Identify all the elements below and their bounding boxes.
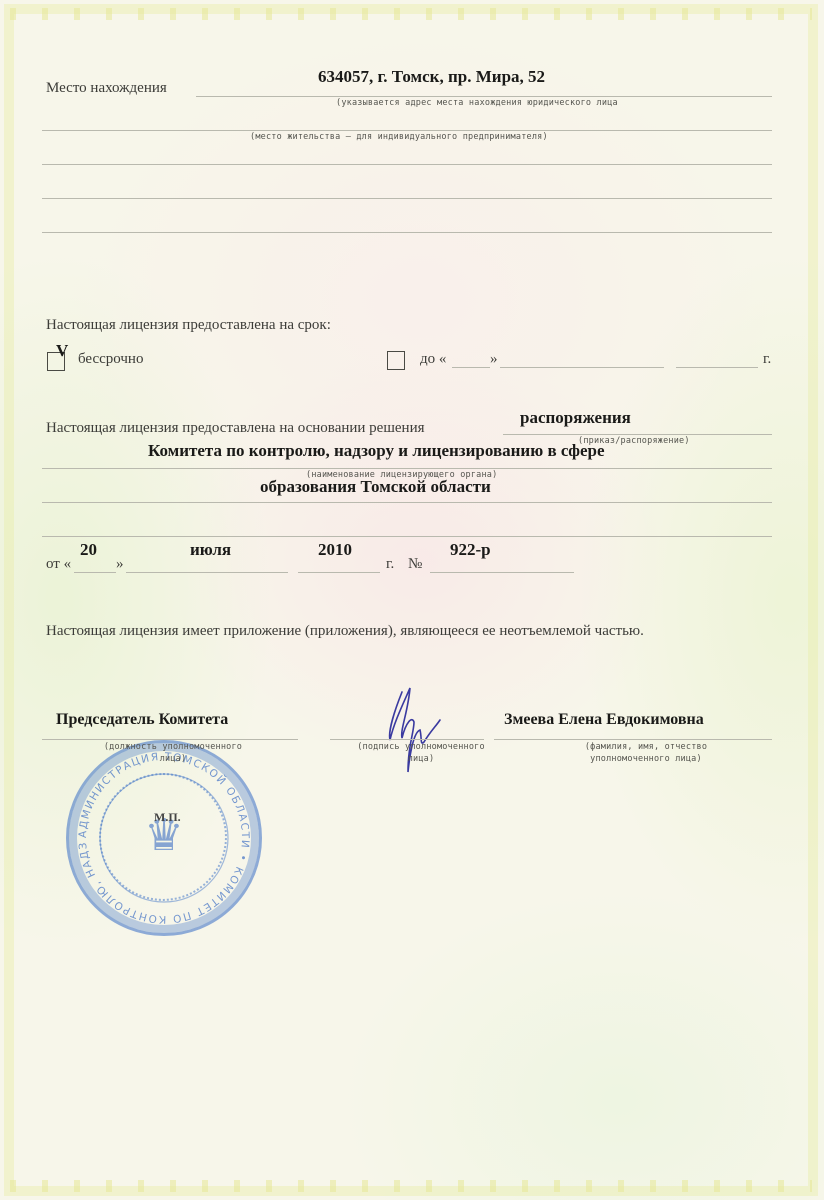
stamp-label: М.П.	[154, 810, 181, 825]
location-line-2	[42, 130, 772, 131]
location-line	[196, 96, 772, 97]
authority-line-2: образования Томской области	[260, 477, 491, 497]
date-year-line	[298, 572, 380, 573]
decision-number-line	[430, 572, 574, 573]
signatory-position: Председатель Комитета	[56, 711, 228, 729]
border-pattern-bottom	[10, 1180, 812, 1192]
authority-line-2-rule	[42, 502, 772, 503]
date-month: июля	[190, 540, 231, 560]
name-line	[494, 739, 772, 740]
position-hint: (должность уполномоченного лица)	[98, 741, 248, 765]
date-year-suffix: г.	[386, 556, 394, 573]
position-line	[42, 739, 298, 740]
authority-line-1-rule	[42, 468, 772, 469]
signature	[380, 682, 460, 782]
blank-line-2	[42, 198, 772, 199]
until-checkbox[interactable]	[387, 351, 405, 370]
number-sign: №	[408, 556, 422, 573]
security-border	[4, 4, 818, 1196]
date-month-line	[126, 572, 288, 573]
location-hint-legal: (указывается адрес места нахождения юрид…	[336, 98, 618, 108]
date-prefix: от «	[46, 556, 71, 573]
appendix-note: Настоящая лицензия имеет приложение (при…	[46, 623, 644, 640]
border-pattern-top	[10, 8, 812, 20]
seal-inner-ring: ♛	[99, 773, 227, 901]
authority-line-1: Комитета по контролю, надзору и лицензир…	[148, 441, 605, 461]
until-suffix: г.	[763, 351, 771, 368]
until-prefix: до «	[420, 351, 446, 368]
date-year: 2010	[318, 540, 352, 560]
check-mark: V	[56, 341, 68, 361]
decision-number: 922-р	[450, 540, 491, 560]
date-quote-close: »	[116, 556, 124, 573]
basis-label: Настоящая лицензия предоставлена на осно…	[46, 420, 425, 437]
blank-line-1	[42, 164, 772, 165]
date-day: 20	[80, 540, 97, 560]
until-month-line	[500, 367, 664, 368]
location-label: Место нахождения	[46, 80, 167, 97]
signatory-name: Змеева Елена Евдокимовна	[504, 711, 704, 729]
until-day-line	[452, 367, 490, 368]
blank-line-3	[42, 232, 772, 233]
until-quote-close: »	[490, 351, 498, 368]
name-hint: (фамилия, имя, отчество уполномоченного …	[566, 741, 726, 765]
signature-line	[330, 739, 484, 740]
indefinite-label: бессрочно	[78, 351, 143, 368]
location-hint-individual: (место жительства – для индивидуального …	[250, 132, 548, 142]
signature-hint: (подпись уполномоченного лица)	[356, 741, 486, 765]
term-label: Настоящая лицензия предоставлена на срок…	[46, 317, 331, 334]
date-day-line	[74, 572, 116, 573]
location-value: 634057, г. Томск, пр. Мира, 52	[318, 67, 545, 87]
decision-type: распоряжения	[520, 408, 631, 428]
until-year-line	[676, 367, 758, 368]
blank-line-4	[42, 536, 772, 537]
official-seal: АДМИНИСТРАЦИЯ ТОМСКОЙ ОБЛАСТИ • КОМИТЕТ …	[66, 740, 262, 936]
decision-type-line	[503, 434, 772, 435]
